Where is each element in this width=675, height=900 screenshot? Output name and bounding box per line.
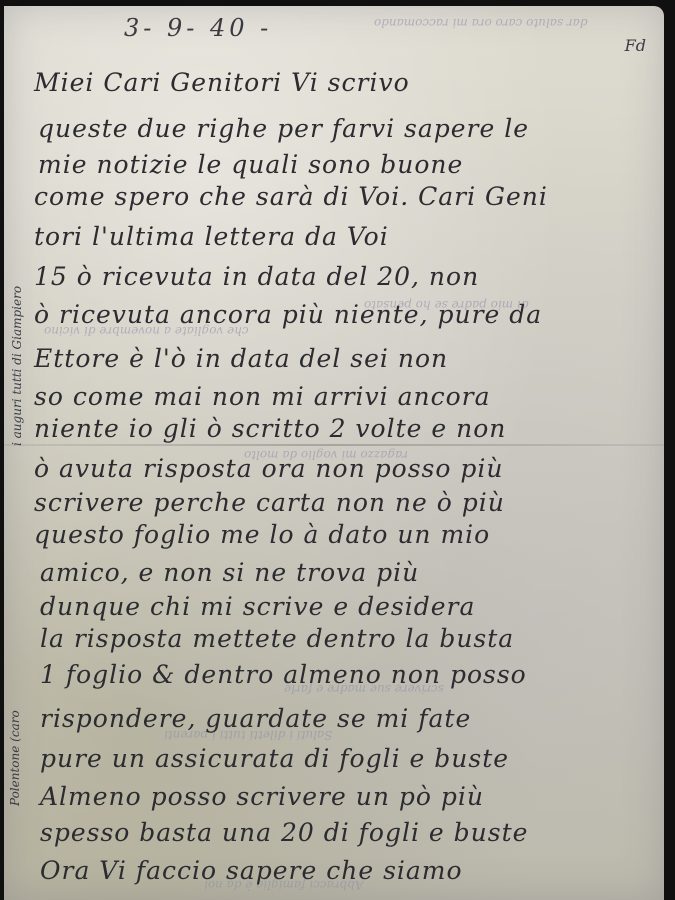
margin-note-lower: Polentone (caro <box>8 710 22 806</box>
letter-line: mie notizie le quali sono buone <box>38 150 463 179</box>
letter-line: spesso basta una 20 di fogli e buste <box>40 818 528 847</box>
letter-line: 1 foglio & dentro almeno non posso <box>40 660 527 689</box>
letter-photo: dar saluto caro ora mi raccomando di mio… <box>0 0 675 900</box>
letter-line: Miei Cari Genitori Vi scrivo <box>34 68 410 97</box>
letter-line: ò ricevuta ancora più niente, pure da <box>34 300 542 329</box>
letter-line: dunque chi mi scrive e desidera <box>40 592 475 621</box>
letter-line: queste due righe per farvi sapere le <box>38 114 529 143</box>
bleed-through-text: dar saluto caro ora mi raccomando <box>374 16 587 30</box>
letter-date: 3- 9- 40 - <box>124 14 272 42</box>
letter-line: tori l'ultima lettera da Voi <box>34 222 389 251</box>
letter-line: ò avuta risposta ora non posso più <box>34 454 503 483</box>
letter-line: rispondere, guardate se mi fate <box>40 704 471 733</box>
letter-line: Almeno posso scrivere un pò più <box>40 782 484 811</box>
letter-line: questo foglio me lo à dato un mio <box>34 520 490 549</box>
letter-line: pure un assicurata di fogli e buste <box>40 744 509 773</box>
letter-line: 15 ò ricevuta in data del 20, non <box>34 262 479 291</box>
letter-line: Ora Vi faccio sapere che siamo <box>40 856 463 885</box>
letter-line: niente io gli ò scritto 2 volte e non <box>34 414 506 443</box>
letter-line: amico, e non si ne trova più <box>40 558 419 587</box>
letter-line: scrivere perche carta non ne ò più <box>34 488 505 517</box>
margin-note-upper: i auguri tutti di Giampiero <box>10 286 24 446</box>
letter-line: come spero che sarà di Voi. Cari Geni <box>34 182 548 211</box>
paper-fold-crease <box>4 444 664 446</box>
letter-line: Ettore è l'ò in data del sei non <box>34 344 448 373</box>
letter-line: so come mai non mi arrivi ancora <box>34 382 491 411</box>
paper-sheet: dar saluto caro ora mi raccomando di mio… <box>4 6 664 900</box>
corner-mark: Fd <box>625 36 646 55</box>
letter-line: la risposta mettete dentro la busta <box>40 624 514 653</box>
